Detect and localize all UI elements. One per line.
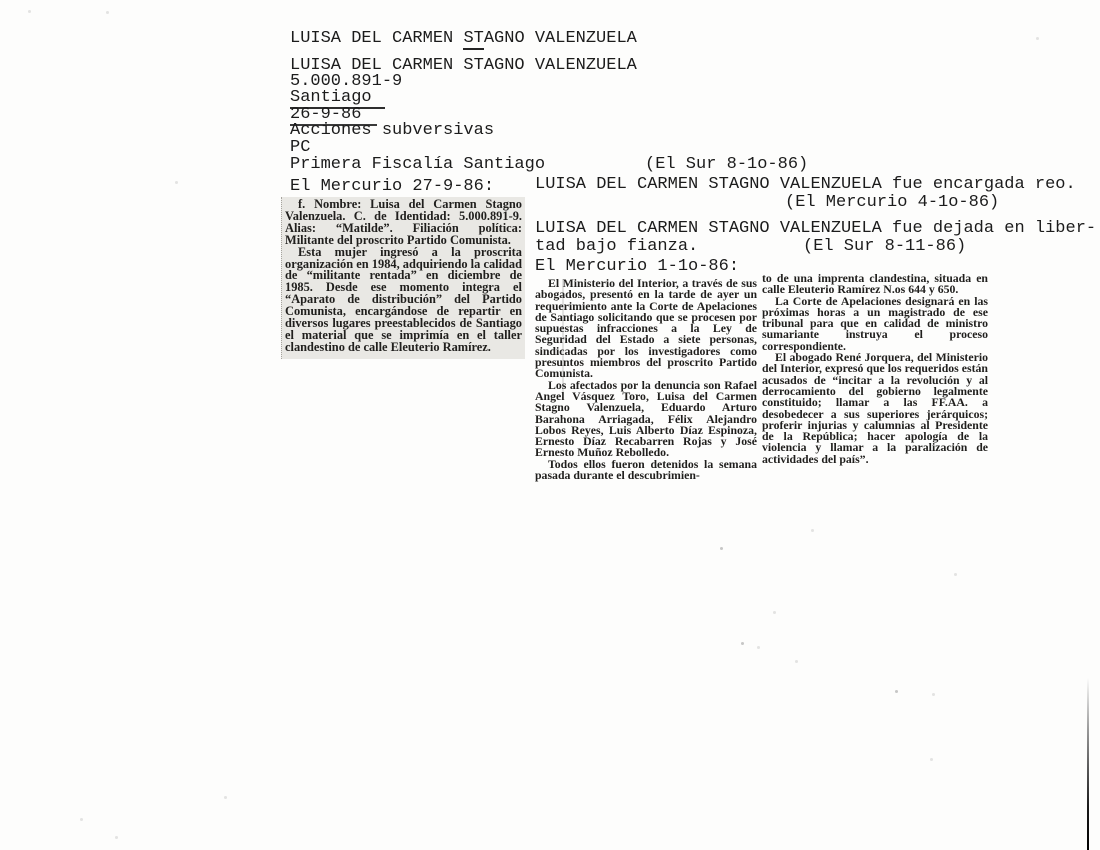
- scan-speck: [224, 796, 227, 799]
- clipping-paragraph: El Ministerio del Interior, a través de …: [535, 278, 757, 380]
- scan-speck: [932, 693, 935, 696]
- scan-speck: [175, 181, 178, 184]
- court-source: (El Sur 8-1o-86): [645, 155, 808, 174]
- subject-name-post: AGNO VALENZUELA: [484, 29, 637, 48]
- clipping-heading-mercurio-27-9-86: El Mercurio 27-9-86:: [290, 177, 494, 196]
- subject-name-pre: LUISA DEL CARMEN: [290, 29, 463, 48]
- note-libertad-line2: tad bajo fianza.: [535, 237, 698, 256]
- scan-speck: [741, 642, 744, 645]
- newspaper-clipping-profile: f. Nombre: Luisa del Carmen Stagno Valen…: [281, 197, 525, 359]
- scan-speck: [28, 10, 31, 13]
- clipping-paragraph: f. Nombre: Luisa del Carmen Stagno Valen…: [285, 199, 522, 247]
- clipping-paragraph: Los afectados por la denuncia son Rafael…: [535, 380, 757, 459]
- clipping-heading-mercurio-1-10-86: El Mercurio 1-1o-86:: [535, 257, 739, 276]
- clipping-paragraph: El abogado René Jorquera, del Ministerio…: [762, 352, 988, 465]
- news-column-1: El Ministerio del Interior, a través de …: [535, 278, 757, 481]
- note-source-sur-8-11-86: (El Sur 8-11-86): [803, 237, 966, 256]
- clipping-paragraph: to de una imprenta clandestina, situada …: [762, 273, 988, 296]
- scanned-document-page: LUISA DEL CARMEN STAGNO VALENZUELA LUISA…: [0, 0, 1100, 850]
- clipping-paragraph: Todos ellos fueron detenidos la semana p…: [535, 459, 757, 482]
- scan-speck: [80, 818, 83, 821]
- scanner-edge-mark: [1087, 678, 1089, 850]
- scan-speck: [930, 758, 933, 761]
- clipping-paragraph: La Corte de Apelaciones designará en las…: [762, 296, 988, 352]
- scan-speck: [811, 529, 814, 532]
- paper-fold-crease: [562, 279, 564, 397]
- scan-speck: [773, 611, 776, 614]
- news-column-2: to de una imprenta clandestina, situada …: [762, 273, 988, 465]
- scan-speck: [720, 547, 723, 550]
- note-libertad-line1: LUISA DEL CARMEN STAGNO VALENZUELA fue d…: [535, 219, 1096, 238]
- note-source-mercurio-4-10-86: (El Mercurio 4-1o-86): [785, 193, 999, 212]
- note-encargada-reo: LUISA DEL CARMEN STAGNO VALENZUELA fue e…: [535, 175, 1076, 194]
- scan-speck: [106, 11, 109, 14]
- scan-speck: [1036, 37, 1039, 40]
- subject-name-underlined-st: ST: [463, 29, 483, 50]
- scan-speck: [757, 646, 760, 649]
- case-category: Acciones subversivas: [290, 121, 494, 140]
- scan-speck: [895, 690, 898, 693]
- scan-speck: [115, 836, 118, 839]
- scan-speck: [954, 573, 957, 576]
- subject-name-line-emphasized: LUISA DEL CARMEN STAGNO VALENZUELA: [290, 29, 637, 48]
- scan-speck: [795, 660, 798, 663]
- clipping-paragraph: Esta mujer ingresó a la proscrita organi…: [285, 247, 522, 354]
- court-line: Primera Fiscalía Santiago: [290, 155, 545, 174]
